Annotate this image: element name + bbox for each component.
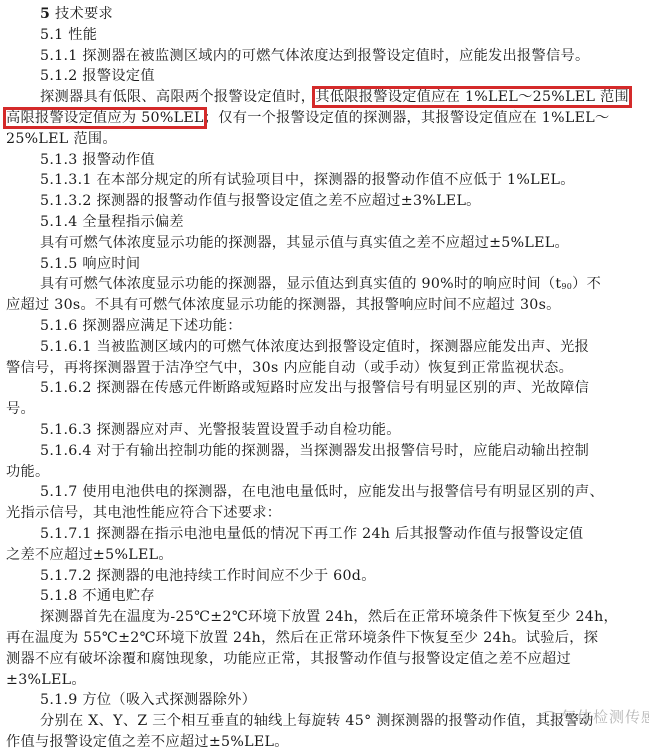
subscript: 90 <box>561 282 572 291</box>
doc-line: 5.1.7.2 探测器的电池持续工作时间应不少于 60d。 <box>0 566 649 587</box>
watermark: 气体检测传感 <box>540 706 649 727</box>
doc-line: 5.1.5 响应时间 <box>0 254 649 275</box>
doc-line: 高限报警设定值应为 50%LEL；仅有一个报警设定值的探测器，其报警设定值应在 … <box>0 108 649 129</box>
doc-line: 5.1.1 探测器在被监测区域内的可燃气体浓度达到报警设定值时，应能发出报警信号… <box>0 46 649 67</box>
watermark-text: 气体检测传感 <box>561 708 649 726</box>
standard-document: 5 技术要求 5.1 性能 5.1.1 探测器在被监测区域内的可燃气体浓度达到报… <box>0 4 649 752</box>
doc-text: ）不 <box>572 276 601 292</box>
doc-line: 光指示信号，其电池性能应符合下述要求： <box>0 503 649 524</box>
doc-line: 5.1.6.4 对于有输出控制功能的探测器，当探测器发出报警信号时，应能启动输出… <box>0 441 649 462</box>
doc-line: 警信号，再将探测器置于洁净空气中，30s 内应能自动（或手动）恢复到正常监视状态… <box>0 358 649 379</box>
section-heading: 5 技术要求 <box>0 4 649 25</box>
doc-text: 探测器具有低限、高限两个报警设定值时， <box>40 89 315 105</box>
doc-text: ；仅有一个报警设定值的探测器，其报警设定值应在 1%LEL～ <box>204 110 610 126</box>
section-title: 技术要求 <box>55 6 113 22</box>
doc-line: 5.1.6 探测器应满足下述功能： <box>0 316 649 337</box>
doc-line: 之差不应超过±5%LEL。 <box>0 545 649 566</box>
doc-line: 5.1.8 不通电贮存 <box>0 586 649 607</box>
section-number: 5 <box>40 6 50 22</box>
doc-line: 5.1.6.1 当被监测区域内的可燃气体浓度达到报警设定值时，探测器应能发出声、… <box>0 337 649 358</box>
doc-line: 作值与报警设定值之差不应超过±5%LEL。 <box>0 732 649 752</box>
doc-line: 5.1.4 全量程指示偏差 <box>0 212 649 233</box>
doc-line: 5.1.7 使用电池供电的探测器，在电池电量低时，应能发出与报警信号有明显区别的… <box>0 482 649 503</box>
doc-line: 5.1.2 报警设定值 <box>0 66 649 87</box>
highlighted-high-limit: 高限报警设定值应为 50%LEL <box>6 110 204 126</box>
doc-line: 5.1.6.3 探测器应对声、光警报装置设置手动自检功能。 <box>0 420 649 441</box>
doc-line: 功能。 <box>0 462 649 483</box>
doc-line: 25%LEL 范围。 <box>0 129 649 150</box>
doc-line: 5.1.3.1 在本部分规定的所有试验项目中，探测器的报警动作值不应低于 1%L… <box>0 170 649 191</box>
wechat-icon <box>540 711 558 725</box>
highlighted-low-limit: 其低限报警设定值应在 1%LEL～25%LEL 范围 <box>315 89 629 105</box>
doc-line: 5.1.7.1 探测器在指示电池电量低的情况下再工作 24h 后其报警动作值与报… <box>0 524 649 545</box>
doc-line: 5.1 性能 <box>0 25 649 46</box>
doc-line: 应超过 30s。不具有可燃气体浓度显示功能的探测器，其报警响应时间不应超过 30… <box>0 295 649 316</box>
doc-line: 探测器具有低限、高限两个报警设定值时，其低限报警设定值应在 1%LEL～25%L… <box>0 87 649 108</box>
doc-line: 再在温度为 55℃±2℃环境下放置 24h，然后在正常环境条件下恢复至少 24h… <box>0 628 649 649</box>
doc-line: 具有可燃气体浓度显示功能的探测器，其显示值与真实值之差不应超过±5%LEL。 <box>0 233 649 254</box>
doc-text: 具有可燃气体浓度显示功能的探测器，显示值达到真实值的 90%时的响应时间（t <box>40 276 561 292</box>
doc-line: 具有可燃气体浓度显示功能的探测器，显示值达到真实值的 90%时的响应时间（t90… <box>0 274 649 295</box>
doc-line: 5.1.6.2 探测器在传感元件断路或短路时应发出与报警信号有明显区别的声、光故… <box>0 378 649 399</box>
doc-line: 探测器首先在温度为-25℃±2℃环境下放置 24h，然后在正常环境条件下恢复至少… <box>0 607 649 628</box>
doc-line: 5.1.3.2 探测器的报警动作值与报警设定值之差不应超过±3%LEL。 <box>0 191 649 212</box>
doc-line: 5.1.3 报警动作值 <box>0 150 649 171</box>
doc-line: 号。 <box>0 399 649 420</box>
doc-line: 测器不应有破坏涂覆和腐蚀现象，功能应正常，其报警动作值与报警设定值之差不应超过 <box>0 649 649 670</box>
doc-line: ±3%LEL。 <box>0 670 649 691</box>
